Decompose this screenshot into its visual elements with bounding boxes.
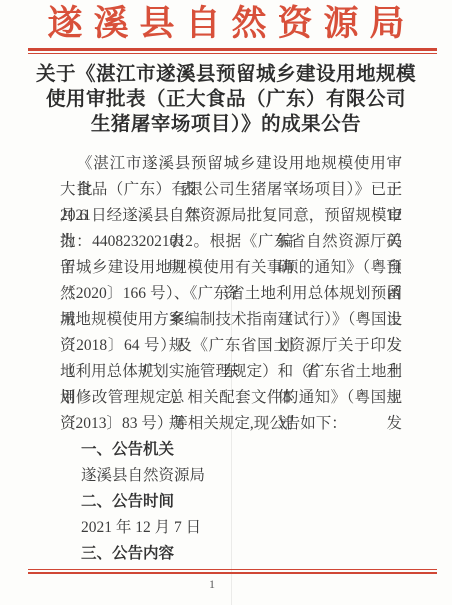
- header-divider: [28, 48, 437, 54]
- paragraph-line: 为：4408232021012。根据《广东省自然资源厅关于明确预: [60, 229, 402, 255]
- paragraph-line: 大食品（广东）有限公司生猪屠宰场项目）》已于 2021 年 12: [60, 177, 402, 203]
- agency-letterhead: 遂溪县自然资源局: [0, 3, 452, 45]
- page-number: 1: [209, 577, 215, 592]
- document-title-line: 关于《湛江市遂溪县预留城乡建设用地规模: [30, 62, 422, 87]
- paragraph-line: 留城乡建设用地规模使用有关事项的通知》（粤自然资函: [60, 255, 402, 281]
- paragraph-line: 《湛江市遂溪县预留城乡建设用地规模使用审批表（正: [60, 151, 402, 177]
- document-title-line: 使用审批表（正大食品（广东）有限公司: [30, 87, 422, 112]
- document-page: 遂溪县自然资源局 关于《湛江市遂溪县预留城乡建设用地规模 使用审批表（正大食品（…: [0, 0, 452, 605]
- scan-fold-artifact: [231, 283, 232, 605]
- footer-divider: [28, 569, 437, 574]
- document-title-line: 生猪屠宰场项目）》的成果公告: [30, 112, 422, 137]
- paragraph-line: 月 6 日经遂溪县自然资源局批复同意，预留规模审批表编码: [60, 203, 402, 229]
- document-title: 关于《湛江市遂溪县预留城乡建设用地规模 使用审批表（正大食品（广东）有限公司 生…: [30, 62, 422, 137]
